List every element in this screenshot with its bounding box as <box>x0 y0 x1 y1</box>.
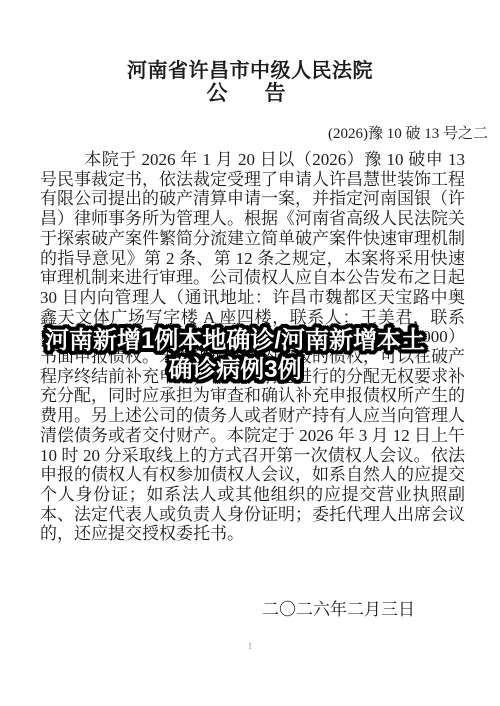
court-name: 河南省许昌市中级人民法院 <box>0 60 500 82</box>
notice-body: 本院于 2026 年 1 月 20 日以（2026）豫 10 破申 13 号民事… <box>0 150 500 544</box>
case-number: (2026)豫 10 破 13 号之二 <box>0 126 500 143</box>
page-number: 1 <box>0 641 500 651</box>
document-viewer: 河南省许昌市中级人民法院 公 告 (2026)豫 10 破 13 号之二 本院于… <box>0 0 500 706</box>
court-notice-page: 河南省许昌市中级人民法院 公 告 (2026)豫 10 破 13 号之二 本院于… <box>0 0 500 706</box>
notice-date: 二〇二六年二月三日 <box>0 600 500 619</box>
notice-title: 公 告 <box>0 82 500 105</box>
